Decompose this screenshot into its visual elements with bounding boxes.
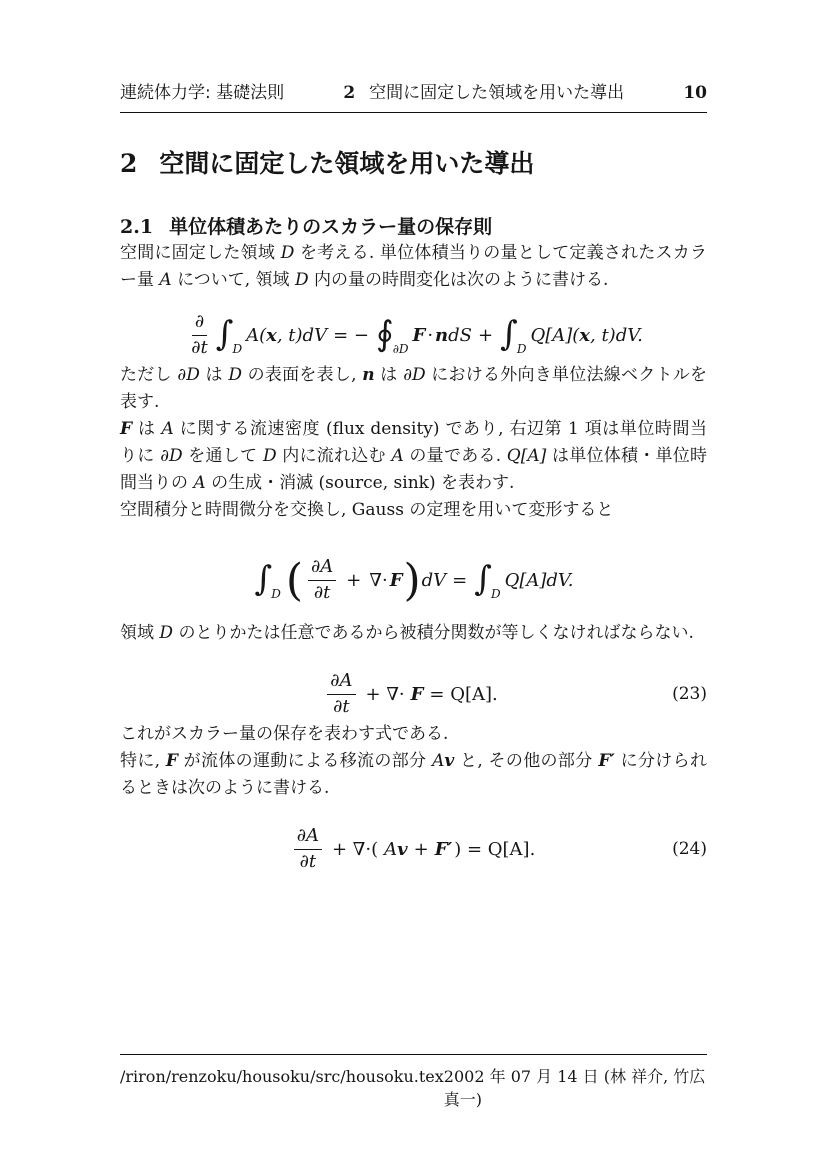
text-run: 内の量の時間変化は次のように書ける.	[309, 270, 609, 290]
equation-24: ∂A ∂t + ∇·(Av + F′) = Q[A]. (24)	[120, 822, 707, 876]
text-run: 空間積分と時間微分を交換し, Gauss の定理を用いて変形すると	[120, 500, 613, 520]
text-run: A	[391, 446, 403, 466]
page-number: 10	[683, 83, 707, 103]
volume-integral: ∫ D	[254, 563, 283, 597]
paragraph-gauss: 空間積分と時間微分を交換し, Gauss の定理を用いて変形すると	[120, 497, 707, 524]
text-run: 空間に固定した領域	[120, 243, 281, 263]
text-run: F	[120, 419, 132, 439]
header-section-title: 空間に固定した領域を用いた導出	[369, 78, 624, 103]
plus-nabla-operator: + ∇·(	[332, 839, 378, 860]
equation-budget-integral: ∂ ∂t ∫ D A(x, t)dV = − ∮ ∂D F·ndS + ∫ D	[120, 308, 707, 362]
header-doc-title: 連続体力学: 基礎法則	[120, 78, 284, 103]
text-run: ∂D	[160, 446, 182, 466]
frac-numerator: ∂A	[327, 671, 355, 695]
integral-domain: ∂D	[393, 342, 409, 356]
integral-domain: D	[232, 342, 242, 356]
contour-integral-sign: ∮	[376, 317, 394, 351]
frac-numerator: ∂A	[294, 826, 322, 850]
equation-23: ∂A ∂t + ∇·F = Q[A]. (23)	[120, 667, 707, 721]
flux-vector: F	[413, 325, 426, 346]
text-run: 特に,	[120, 751, 166, 771]
equals-sign: =	[452, 570, 467, 591]
math-token: , t)dV.	[590, 325, 643, 346]
page-content: 連続体力学: 基礎法則 2 空間に固定した領域を用いた導出 10 2 空間に固定…	[0, 0, 826, 876]
text-run: n	[362, 365, 374, 385]
integral-domain: D	[491, 587, 501, 601]
text-run: D	[159, 623, 173, 643]
text-run: A	[159, 270, 171, 290]
time-derivative-fraction: ∂ ∂t	[188, 312, 211, 358]
paragraph-arbitrary-domain: 領域 D のとりかたは任意であるから被積分関数が等しくなければならない.	[120, 620, 707, 647]
running-header: 連続体力学: 基礎法則 2 空間に固定した領域を用いた導出 10	[120, 78, 707, 113]
equation-divergence-form: ∫ D ( ∂A ∂t + ∇·F ) dV = ∫ D Q[A]dV.	[120, 540, 707, 620]
equation-body: ∂A ∂t + ∇·(Av + F′) = Q[A].	[290, 826, 538, 872]
text-run: これがスカラー量の保存を表わす式である.	[120, 724, 448, 744]
volume-integral: ∫ D	[216, 318, 245, 352]
text-run: D	[228, 365, 242, 385]
equation-body: ∂A ∂t + ∇·F = Q[A].	[323, 671, 504, 717]
paragraph-intro: 空間に固定した領域 D を考える. 単位体積当りの量として定義されたスカラー量 …	[120, 240, 707, 294]
paragraph-conservation-statement: これがスカラー量の保存を表わす式である.	[120, 721, 707, 748]
math-token: = Q[A].	[429, 684, 497, 705]
text-run: は	[200, 365, 229, 385]
equation-number-23: (23)	[672, 684, 707, 704]
equation-body: ∫ D ( ∂A ∂t + ∇·F ) dV = ∫ D Q[A]dV.	[253, 557, 573, 603]
text-run: v	[444, 751, 454, 771]
plus-sign: +	[346, 570, 361, 591]
subsection-heading: 2.1 単位体積あたりのスカラー量の保存則	[120, 214, 707, 240]
frac-numerator: ∂A	[308, 557, 336, 581]
volume-integral: ∫ D	[500, 318, 529, 352]
paragraph-flux-explanation: F は A に関する流速密度 (flux density) であり, 右辺第 1…	[120, 416, 707, 497]
partial-fraction: ∂A ∂t	[308, 557, 336, 603]
document-page: 連続体力学: 基礎法則 2 空間に固定した領域を用いた導出 10 2 空間に固定…	[0, 0, 826, 1169]
section-title: 空間に固定した領域を用いた導出	[159, 147, 534, 181]
frac-denominator: ∂t	[297, 850, 320, 873]
flux-vector: F	[390, 570, 403, 591]
header-section-ref: 2 空間に固定した領域を用いた導出	[343, 78, 624, 103]
integral-sign: ∫	[254, 562, 272, 596]
partial-fraction: ∂A ∂t	[327, 671, 355, 717]
math-token: x	[266, 325, 277, 346]
text-run: について, 領域	[172, 270, 295, 290]
math-token: dS	[448, 325, 472, 346]
text-run: ∂D	[403, 365, 425, 385]
dot-operator: ·	[427, 325, 433, 346]
math-token: A(	[246, 325, 266, 346]
flux-prime-vector: F′	[435, 839, 453, 860]
plus-sign: +	[478, 325, 493, 346]
text-run: A	[432, 751, 444, 771]
surface-integral: ∮ ∂D	[376, 318, 412, 352]
text-run: A	[193, 473, 205, 493]
text-run: D	[263, 446, 277, 466]
frac-denominator: ∂t	[311, 581, 334, 604]
text-run: F	[166, 751, 178, 771]
partial-fraction: ∂A ∂t	[294, 826, 322, 872]
volume-integral: ∫ D	[474, 563, 503, 597]
text-run: ∂D	[177, 365, 199, 385]
integral-sign: ∫	[500, 317, 518, 351]
text-run: は	[375, 365, 404, 385]
equals-minus-sign: = −	[333, 325, 369, 346]
header-section-number: 2	[343, 83, 355, 103]
text-run: F′	[598, 751, 615, 771]
frac-numerator: ∂	[192, 312, 207, 336]
velocity-vector: v	[397, 839, 407, 860]
subsection-title: 単位体積あたりのスカラー量の保存則	[169, 214, 492, 240]
page-footer: /riron/renzoku/housoku/src/housoku.tex 2…	[120, 1054, 707, 1110]
equation-body: ∂ ∂t ∫ D A(x, t)dV = − ∮ ∂D F·ndS + ∫ D	[184, 312, 643, 358]
text-run: ただし	[120, 365, 177, 385]
text-run: と, その他の部分	[454, 751, 598, 771]
math-token: ) = Q[A].	[454, 839, 535, 860]
normal-vector: n	[435, 325, 448, 346]
math-token: , t)dV	[277, 325, 327, 346]
subsection-number: 2.1	[120, 214, 153, 240]
text-run: A	[162, 419, 174, 439]
integral-domain: D	[517, 342, 527, 356]
plus-sign: +	[414, 839, 429, 860]
math-token: Q[A](	[530, 325, 579, 346]
text-run: 内に流れ込む	[277, 446, 392, 466]
math-token: x	[579, 325, 590, 346]
integral-sign: ∫	[216, 317, 234, 351]
text-run: の量である.	[404, 446, 507, 466]
integral-domain: D	[271, 587, 281, 601]
integral-sign: ∫	[474, 562, 492, 596]
math-token: Q[A]dV.	[505, 570, 574, 591]
text-run: は	[132, 419, 161, 439]
text-run: D	[281, 243, 295, 263]
text-run: 領域	[120, 623, 159, 643]
frac-denominator: ∂t	[188, 336, 211, 359]
text-run: の表面を表し,	[242, 365, 362, 385]
scalar-quantity: A	[384, 839, 397, 860]
section-heading: 2 空間に固定した領域を用いた導出	[120, 147, 707, 181]
nabla-dot-operator: ∇·	[369, 570, 387, 591]
paragraph-notation: ただし ∂D は D の表面を表し, n は ∂D における外向き単位法線ベクト…	[120, 362, 707, 416]
text-run: Q[A]	[507, 446, 546, 466]
paragraph-advection-split: 特に, F が流体の運動による移流の部分 Av と, その他の部分 F′ に分け…	[120, 748, 707, 802]
text-run: が流体の運動による移流の部分	[178, 751, 432, 771]
footer-date-authors: 2002 年 07 月 14 日 (林 祥介, 竹広 真一)	[444, 1064, 707, 1110]
flux-vector: F	[411, 684, 424, 705]
text-run: の生成・消滅 (source, sink) を表わす.	[206, 473, 515, 493]
text-run: を通して	[183, 446, 263, 466]
text-run: D	[295, 270, 309, 290]
equation-number-24: (24)	[672, 839, 707, 859]
footer-source-path: /riron/renzoku/housoku/src/housoku.tex	[120, 1067, 444, 1086]
math-token: dV	[422, 570, 447, 591]
frac-denominator: ∂t	[330, 695, 353, 718]
text-run: のとりかたは任意であるから被積分関数が等しくなければならない.	[173, 623, 694, 643]
section-number: 2	[120, 147, 137, 181]
plus-nabla-operator: + ∇·	[366, 684, 405, 705]
